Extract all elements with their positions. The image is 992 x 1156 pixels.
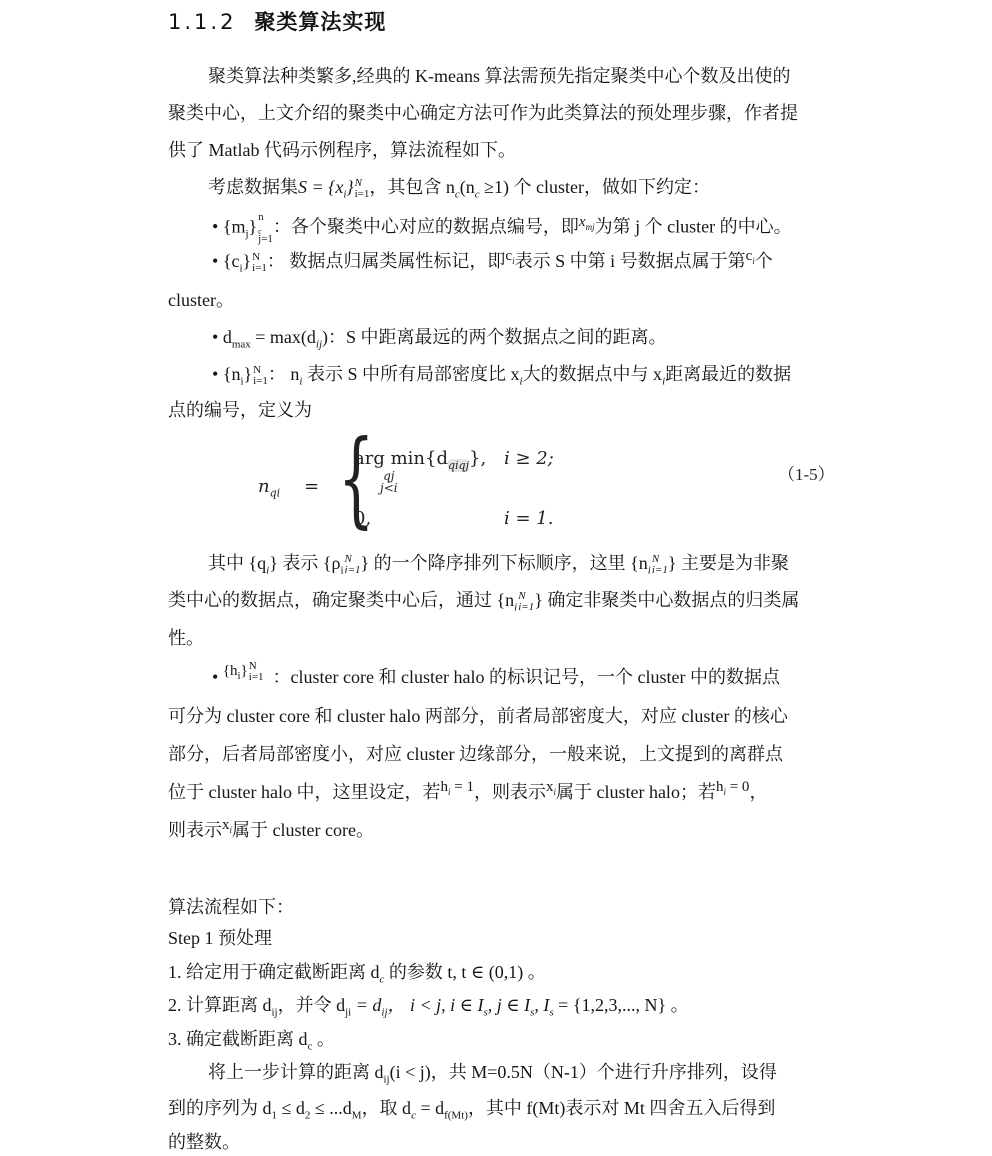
definition-c: • {ci}Ni=1： 数据点归属类属性标记，即ci表示 S 中第 i 号数据点…	[212, 249, 773, 274]
algorithm-step-1: Step 1 预处理	[168, 926, 272, 950]
equation-case-2: 0,	[354, 508, 371, 529]
section-title: 聚类算法实现	[254, 10, 386, 34]
definition-h: • {hi}Ni=1 ：cluster core 和 cluster halo …	[212, 665, 780, 691]
equation-condition-2: i = 1.	[504, 508, 553, 529]
algorithm-paragraph-line-2: 到的序列为 d1 ≤ d2 ≤ ...dM，取 dc = df(Mt)，其中 f…	[168, 1096, 775, 1120]
equation-case-1: arg min{dqiqj},	[354, 448, 486, 469]
halo-line-4: 位于 cluster halo 中，这里设定，若hi = 1，则表示xi属于 c…	[168, 780, 767, 804]
algorithm-title: 算法流程如下：	[168, 895, 294, 919]
set-expression: S = {xi}Ni=1	[298, 177, 369, 197]
section-heading: 1.1.2聚类算法实现	[168, 6, 386, 36]
intro-line-2: 聚类中心，上文介绍的聚类中心确定方法可作为此类算法的预处理步骤，作者提	[168, 101, 798, 125]
bullet-icon: •	[212, 327, 223, 347]
equation-condition-1: i ≥ 2;	[504, 448, 554, 469]
explanation-line-3: 性。	[168, 626, 204, 650]
halo-line-5: 则表示xi属于 cluster core。	[168, 818, 374, 842]
algorithm-item-3: 3. 确定截断距离 dc 。	[168, 1027, 335, 1051]
explanation-line-1: 其中 {qi} 表示 {ρiNi=1} 的一个降序排列下标顺序，这里 {niNi…	[208, 551, 789, 576]
algorithm-paragraph-line-3: 的整数。	[168, 1130, 240, 1154]
halo-line-2: 可分为 cluster core 和 cluster halo 两部分，前者局部…	[168, 704, 788, 728]
definition-m: • {mj}ncj=1：各个聚类中心对应的数据点编号，即xmj为第 j 个 cl…	[212, 212, 792, 245]
algorithm-paragraph-line-1: 将上一步计算的距离 dij(i < j)，共 M=0.5N（N-1）个进行升序排…	[208, 1060, 777, 1084]
bullet-icon: •	[212, 217, 223, 237]
dataset-line: 考虑数据集S = {xi}Ni=1，其包含 nc(nc ≥1) 个 cluste…	[208, 175, 710, 200]
equation-1-5: nqi = { arg min{dqiqj}, qjj<i i ≥ 2; 0, …	[258, 428, 838, 540]
equation-number: （1-5）	[778, 460, 835, 485]
bullet-icon: •	[212, 251, 223, 271]
definition-n: • {ni}Ni=1： ni 表示 S 中所有局部密度比 xi大的数据点中与 x…	[212, 362, 791, 387]
definition-n-continuation: 点的编号，定义为	[168, 398, 312, 422]
equation-case-1-subscript: qjj<i	[380, 470, 398, 494]
intro-line-3: 供了 Matlab 代码示例程序，算法流程如下。	[168, 138, 516, 162]
algorithm-item-2: 2. 计算距离 dij，并令 dji = dij， i < j, i ∈ Is,…	[168, 993, 689, 1017]
definition-dmax: • dmax = max(dij)：S 中距离最远的两个数据点之间的距离。	[212, 325, 667, 349]
definition-c-continuation: cluster。	[168, 288, 234, 312]
bullet-icon: •	[212, 667, 223, 687]
explanation-line-2: 类中心的数据点，确定聚类中心后，通过 {niNi=1} 确定非聚类中心数据点的归…	[168, 588, 799, 613]
intro-line-1: 聚类算法种类繁多,经典的 K-means 算法需预先指定聚类中心个数及出使的	[208, 64, 790, 88]
algorithm-item-1: 1. 给定用于确定截断距离 dc 的参数 t, t ∈ (0,1) 。	[168, 960, 546, 984]
section-number: 1.1.2	[168, 10, 236, 34]
equation-lhs: nqi	[258, 476, 280, 497]
equation-equals: =	[304, 476, 319, 497]
bullet-icon: •	[212, 364, 223, 384]
halo-line-3: 部分，后者局部密度小，对应 cluster 边缘部分，一般来说，上文提到的离群点	[168, 742, 783, 766]
